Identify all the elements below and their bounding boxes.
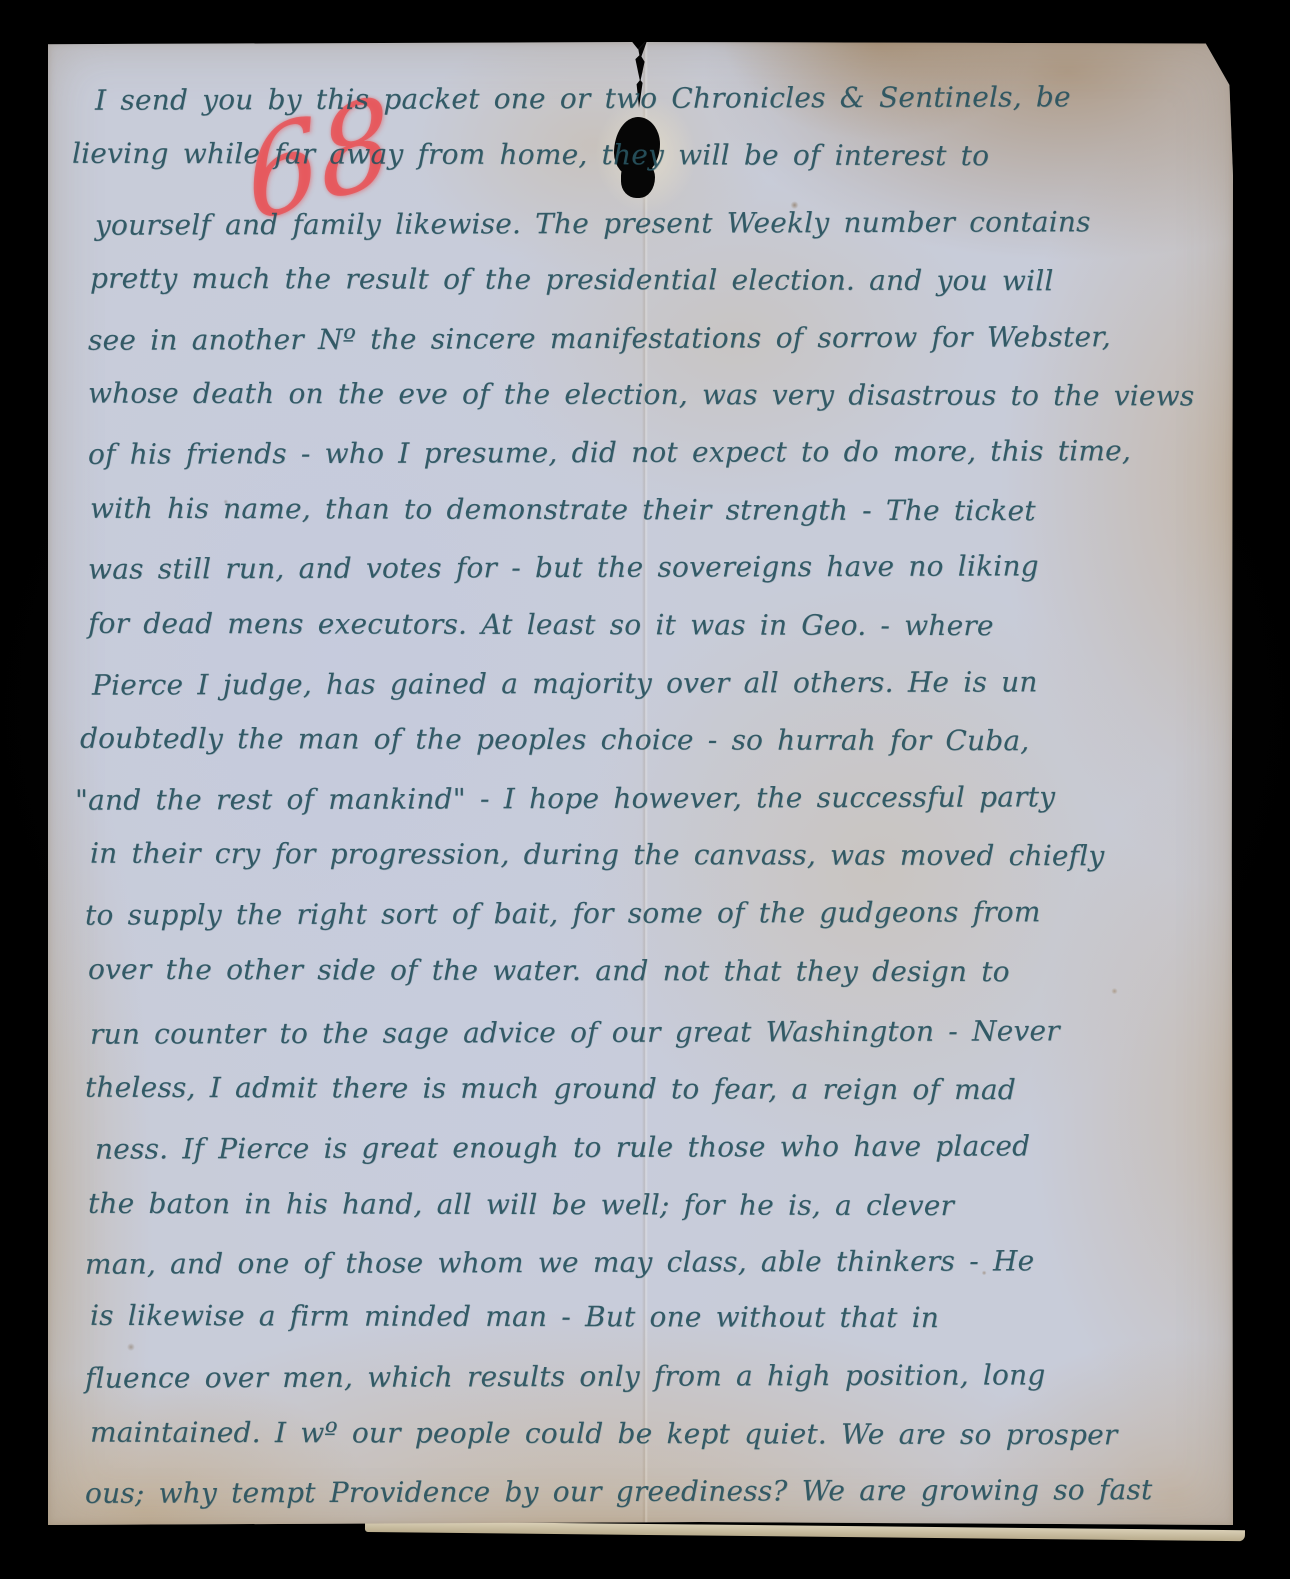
- letter-line: run counter to the sage advice of our gr…: [90, 1014, 1060, 1050]
- letter-line: yourself and family likewise. The presen…: [95, 205, 1091, 241]
- letter-line: for dead mens executors. At least so it …: [88, 607, 994, 642]
- letter-line: fluence over men, which results only fro…: [85, 1358, 1046, 1394]
- letter-line: "and the rest of mankind" - I hope howev…: [75, 780, 1055, 816]
- letter-line: ous; why tempt Providence by our greedin…: [85, 1473, 1152, 1510]
- photo-backdrop: 68 I send you by this packet one or two …: [0, 0, 1290, 1579]
- letter-line: with his name, than to demonstrate their…: [90, 492, 1036, 527]
- letter-line: whose death on the eve of the election, …: [88, 377, 1194, 413]
- letter-line: see in another Nº the sincere manifestat…: [88, 320, 1111, 357]
- letter-line: pretty much the result of the presidenti…: [90, 262, 1054, 298]
- letter-line: ness. If Pierce is great enough to rule …: [95, 1129, 1030, 1165]
- letter-line: the baton in his hand, all will be well;…: [88, 1187, 954, 1222]
- letter-line: was still run, and votes for - but the s…: [88, 549, 1039, 585]
- letter-line: Pierce I judge, has gained a majority ov…: [92, 665, 1038, 701]
- letter-line: to supply the right sort of bait, for so…: [85, 895, 1041, 931]
- letter-line: maintained. I wº our people could be kep…: [90, 1416, 1118, 1452]
- letter-line: in their cry for progression, during the…: [90, 837, 1104, 873]
- letter-line: man, and one of those whom we may class,…: [85, 1244, 1034, 1280]
- letter-line: over the other side of the water. and no…: [88, 953, 1010, 988]
- letter-line: doubtedly the man of the peoples choice …: [80, 722, 1029, 757]
- letter-page: 68 I send you by this packet one or two …: [48, 42, 1233, 1525]
- letter-line: lieving while far away from home, they w…: [72, 137, 989, 172]
- letter-line: of his friends - who I presume, did not …: [88, 434, 1131, 471]
- letter-line: I send you by this packet one or two Chr…: [95, 80, 1071, 116]
- letter-line: theless, I admit there is much ground to…: [85, 1071, 1016, 1106]
- letter-line: is likewise a firm minded man - But one …: [90, 1299, 939, 1334]
